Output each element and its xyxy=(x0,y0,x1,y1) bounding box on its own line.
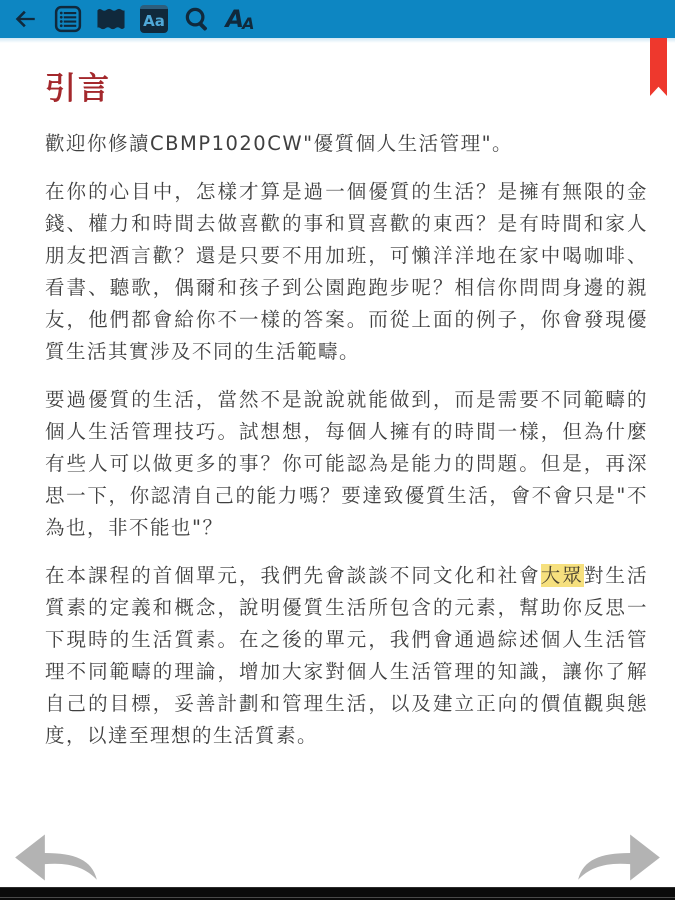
paragraph: 在本課程的首個單元，我們先會談談不同文化和社會大眾對生活質素的定義和概念，說明優… xyxy=(45,560,648,752)
reader-toolbar: Aa A A xyxy=(0,0,675,38)
dictionary-aa-label: Aa xyxy=(143,14,165,29)
paragraph: 在你的心目中，怎樣才算是過一個優質的生活？是擁有無限的金錢、權力和時間去做喜歡的… xyxy=(45,176,648,368)
paragraph: 歡迎你修讀CBMP1020CW"優質個人生活管理"。 xyxy=(45,128,648,160)
device-bottom-bar xyxy=(0,887,675,900)
dictionary-button[interactable]: Aa xyxy=(137,2,171,36)
previous-page-arrow-icon xyxy=(10,830,102,882)
page-view[interactable]: 引言 歡迎你修讀CBMP1020CW"優質個人生活管理"。 在你的心目中，怎樣才… xyxy=(0,43,675,887)
back-arrow-icon xyxy=(12,6,38,32)
bookmarks-book-icon xyxy=(95,4,127,34)
paragraph: 要過優質的生活，當然不是說說就能做到，而是需要不同範疇的個人生活管理技巧。試想想… xyxy=(45,384,648,544)
table-of-contents-button[interactable] xyxy=(51,2,85,36)
chapter-content: 引言 歡迎你修讀CBMP1020CW"優質個人生活管理"。 在你的心目中，怎樣才… xyxy=(0,43,675,752)
dictionary-aa-icon: Aa xyxy=(140,5,168,33)
search-icon xyxy=(182,4,212,34)
font-size-icon: A A xyxy=(226,7,255,32)
next-page-arrow-icon xyxy=(573,830,665,882)
paragraph-segment: 在本課程的首個單元，我們先會談談不同文化和社會 xyxy=(45,564,541,587)
search-button[interactable] xyxy=(180,2,214,36)
font-size-button[interactable]: A A xyxy=(223,2,257,36)
bookmarks-button[interactable] xyxy=(94,2,128,36)
next-page-button[interactable] xyxy=(573,830,665,882)
paragraph-segment: 對生活質素的定義和概念，說明優質生活所包含的元素，幫助你反思一下現時的生活質素。… xyxy=(45,564,648,747)
chapter-title: 引言 xyxy=(45,63,648,108)
toc-list-icon xyxy=(53,4,83,34)
highlighted-text[interactable]: 大眾 xyxy=(541,564,584,587)
back-button[interactable] xyxy=(8,2,42,36)
previous-page-button[interactable] xyxy=(10,830,102,882)
